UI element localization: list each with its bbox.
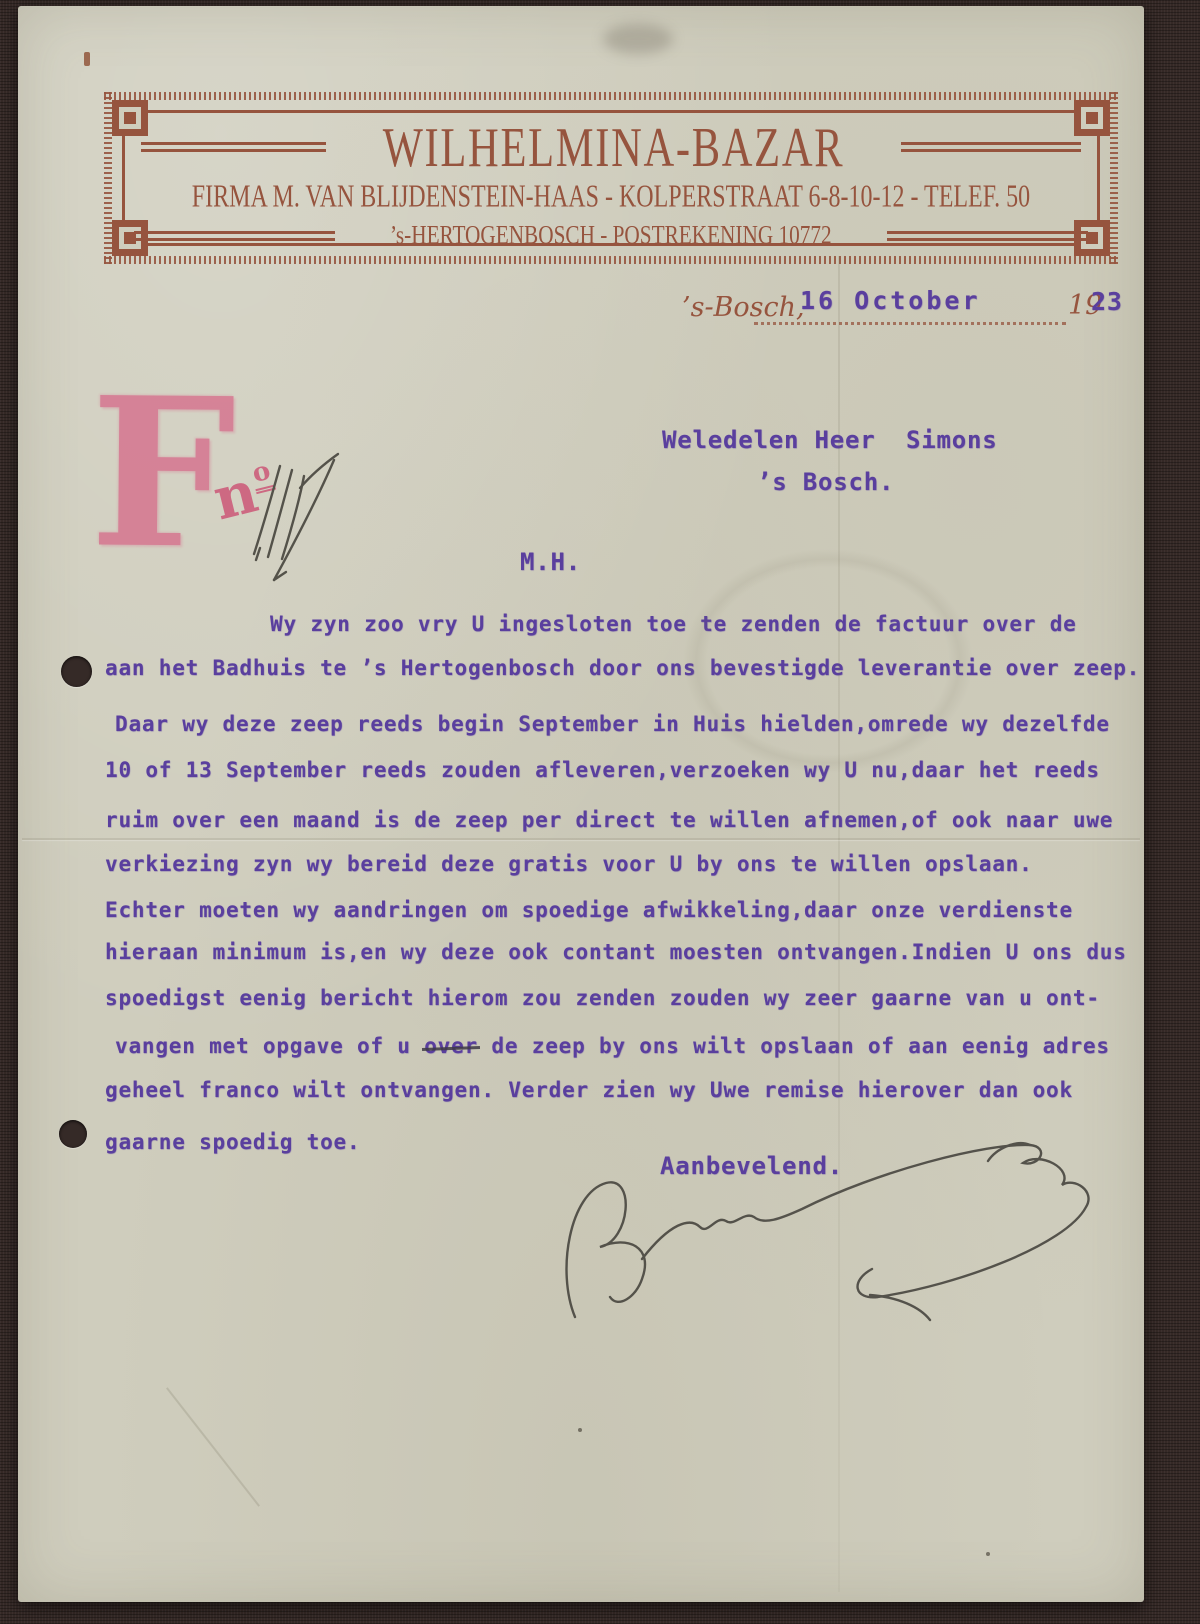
body-line: hieraan minimum is,en wy deze ook contan…	[105, 940, 1127, 964]
body-line: 10 of 13 September reeds zouden aflevere…	[105, 758, 1100, 782]
letterhead-frame: WILHELMINA-BAZAR FIRMA M. VAN BLIJDENSTE…	[104, 92, 1118, 264]
paper-speck	[986, 1552, 990, 1556]
punch-hole	[59, 1120, 87, 1148]
letterhead-title-row: WILHELMINA-BAZAR	[134, 118, 1088, 176]
letterhead-city-row: ’s-HERTOGENBOSCH - POSTREKENING 10772	[134, 222, 1088, 250]
body-line: geheel franco wilt ontvangen. Verder zie…	[105, 1078, 1073, 1102]
paper-crease	[166, 1387, 260, 1506]
body-line-segment: vangen met opgave of u	[115, 1034, 424, 1058]
pencil-annotation	[216, 442, 346, 592]
paper-crease	[22, 838, 1140, 840]
punch-hole	[61, 656, 92, 687]
firm-address-line: FIRMA M. VAN BLIJDENSTEIN-HAAS - KOLPERS…	[192, 179, 1030, 215]
frame-hatch-border	[104, 92, 112, 264]
paper-stain	[603, 24, 673, 54]
date-dotted-rule	[754, 322, 1066, 325]
rust-mark	[84, 52, 90, 66]
body-line: spoedigst eenig bericht hierom zou zende…	[105, 986, 1100, 1010]
body-line-segment: de zeep by ons wilt opslaan of aan eenig…	[478, 1034, 1110, 1058]
addressee-city: ’s Bosch.	[757, 468, 894, 496]
letterhead-firm-row: FIRMA M. VAN BLIJDENSTEIN-HAAS - KOLPERS…	[134, 180, 1088, 214]
paper-crease	[838, 256, 840, 1592]
ghost-stamp-impression	[673, 541, 983, 781]
frame-hatch-border	[104, 256, 1118, 264]
typed-date: 16 October	[800, 286, 981, 315]
double-rule	[887, 231, 1088, 241]
double-rule	[134, 231, 335, 241]
addressee-name: Weledelen Heer Simons	[662, 426, 997, 454]
struck-out-word: over	[424, 1034, 478, 1058]
body-line: verkiezing zyn wy bereid deze gratis voo…	[105, 852, 1033, 876]
body-line: gaarne spoedig toe.	[105, 1130, 360, 1154]
body-line: vangen met opgave of u over de zeep by o…	[115, 1034, 1110, 1058]
printed-place-label: ’s-Bosch,	[682, 292, 805, 323]
frame-hatch-border	[104, 92, 1118, 100]
photographed-letter-scene: { "background": { "color": "#352926" }, …	[0, 0, 1200, 1624]
frame-hatch-border	[1110, 92, 1118, 264]
body-line: aan het Badhuis te ’s Hertogenbosch door…	[105, 656, 1140, 680]
company-name: WILHELMINA-BAZAR	[383, 115, 845, 180]
body-line: Echter moeten wy aandringen om spoedige …	[105, 898, 1073, 922]
double-rule	[901, 142, 1081, 152]
body-line: ruim over een maand is de zeep per direc…	[105, 808, 1113, 832]
city-postal-line: ’s-HERTOGENBOSCH - POSTREKENING 10772	[390, 221, 832, 250]
letter-paper: WILHELMINA-BAZAR FIRMA M. VAN BLIJDENSTE…	[18, 6, 1144, 1602]
salutation: M.H.	[520, 548, 581, 576]
double-rule	[141, 142, 326, 152]
signature	[518, 1121, 1138, 1326]
paper-speck	[578, 1428, 582, 1432]
typed-year: 23	[1091, 287, 1123, 316]
